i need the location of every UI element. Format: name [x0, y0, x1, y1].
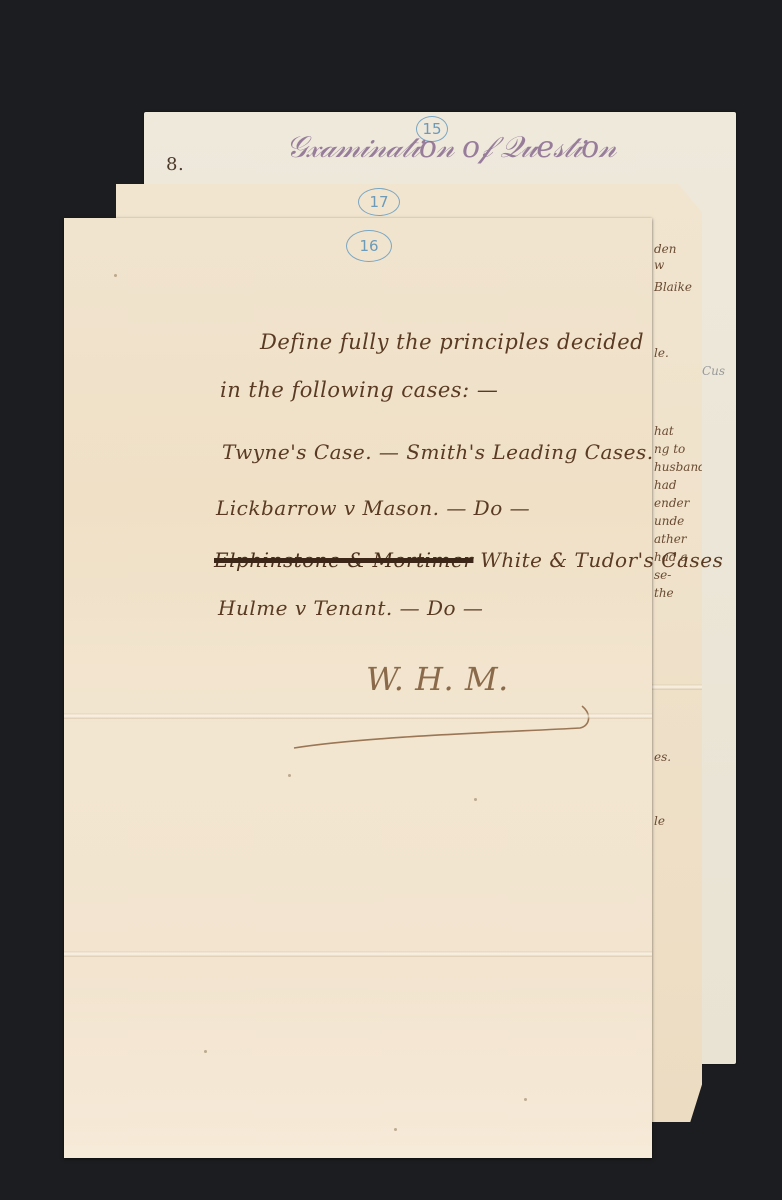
- question-line-2: in the following cases: —: [220, 378, 498, 402]
- faint-margin-note: Cus: [702, 364, 725, 378]
- margin-fragment: le.: [654, 346, 669, 360]
- case-reference: White & Tudor's Cases: [480, 548, 723, 572]
- case-line-4: Hulme v Tenant. — Do —: [218, 596, 483, 620]
- margin-fragment: unde: [654, 514, 684, 528]
- signature: W. H. M.: [366, 660, 509, 698]
- margin-fragment: le: [654, 814, 665, 828]
- margin-fragment: ender: [654, 496, 689, 510]
- signature-flourish: [290, 698, 600, 758]
- margin-fragment: den: [654, 242, 677, 256]
- folio-number-16: 16: [346, 230, 392, 262]
- header-scrawl: 𝒢𝓍𝒶𝓂𝒾𝓃𝒶𝓉𝒾𝑜𝓃 𝑜𝒻 𝒬𝓊𝑒𝓈𝓉𝒾𝑜𝓃: [286, 130, 616, 165]
- question-line-1: Define fully the principles decided: [260, 330, 644, 354]
- margin-fragment: husband: [654, 460, 706, 474]
- paper-speck: [474, 798, 477, 801]
- case-line-1: Twyne's Case. — Smith's Leading Cases.: [222, 440, 654, 464]
- case-line-3: Elphinstone & Mortimer White & Tudor's C…: [214, 548, 723, 572]
- case-line-2: Lickbarrow v Mason. — Do —: [216, 496, 530, 520]
- paper-speck: [288, 774, 291, 777]
- margin-fragment: ather: [654, 532, 687, 546]
- margin-fragment: es.: [654, 750, 671, 764]
- margin-fragment: had: [654, 478, 677, 492]
- margin-fragment: the: [654, 586, 674, 600]
- paper-speck: [394, 1128, 397, 1131]
- margin-number: 8.: [166, 154, 184, 175]
- paper-speck: [524, 1098, 527, 1101]
- paper-speck: [204, 1050, 207, 1053]
- margin-fragment: Blaike: [654, 280, 692, 294]
- margin-fragment: ng to: [654, 442, 685, 456]
- paper-speck: [114, 274, 117, 277]
- margin-fragment: w: [654, 258, 664, 272]
- fold-crease-upper: [64, 713, 652, 719]
- struck-through-text: Elphinstone & Mortimer: [214, 548, 473, 572]
- folio-number-17: 17: [358, 188, 400, 216]
- margin-fragment: hat: [654, 424, 674, 438]
- front-sheet: 16 Define fully the principles decided i…: [64, 218, 652, 1158]
- fold-crease-lower: [64, 951, 652, 957]
